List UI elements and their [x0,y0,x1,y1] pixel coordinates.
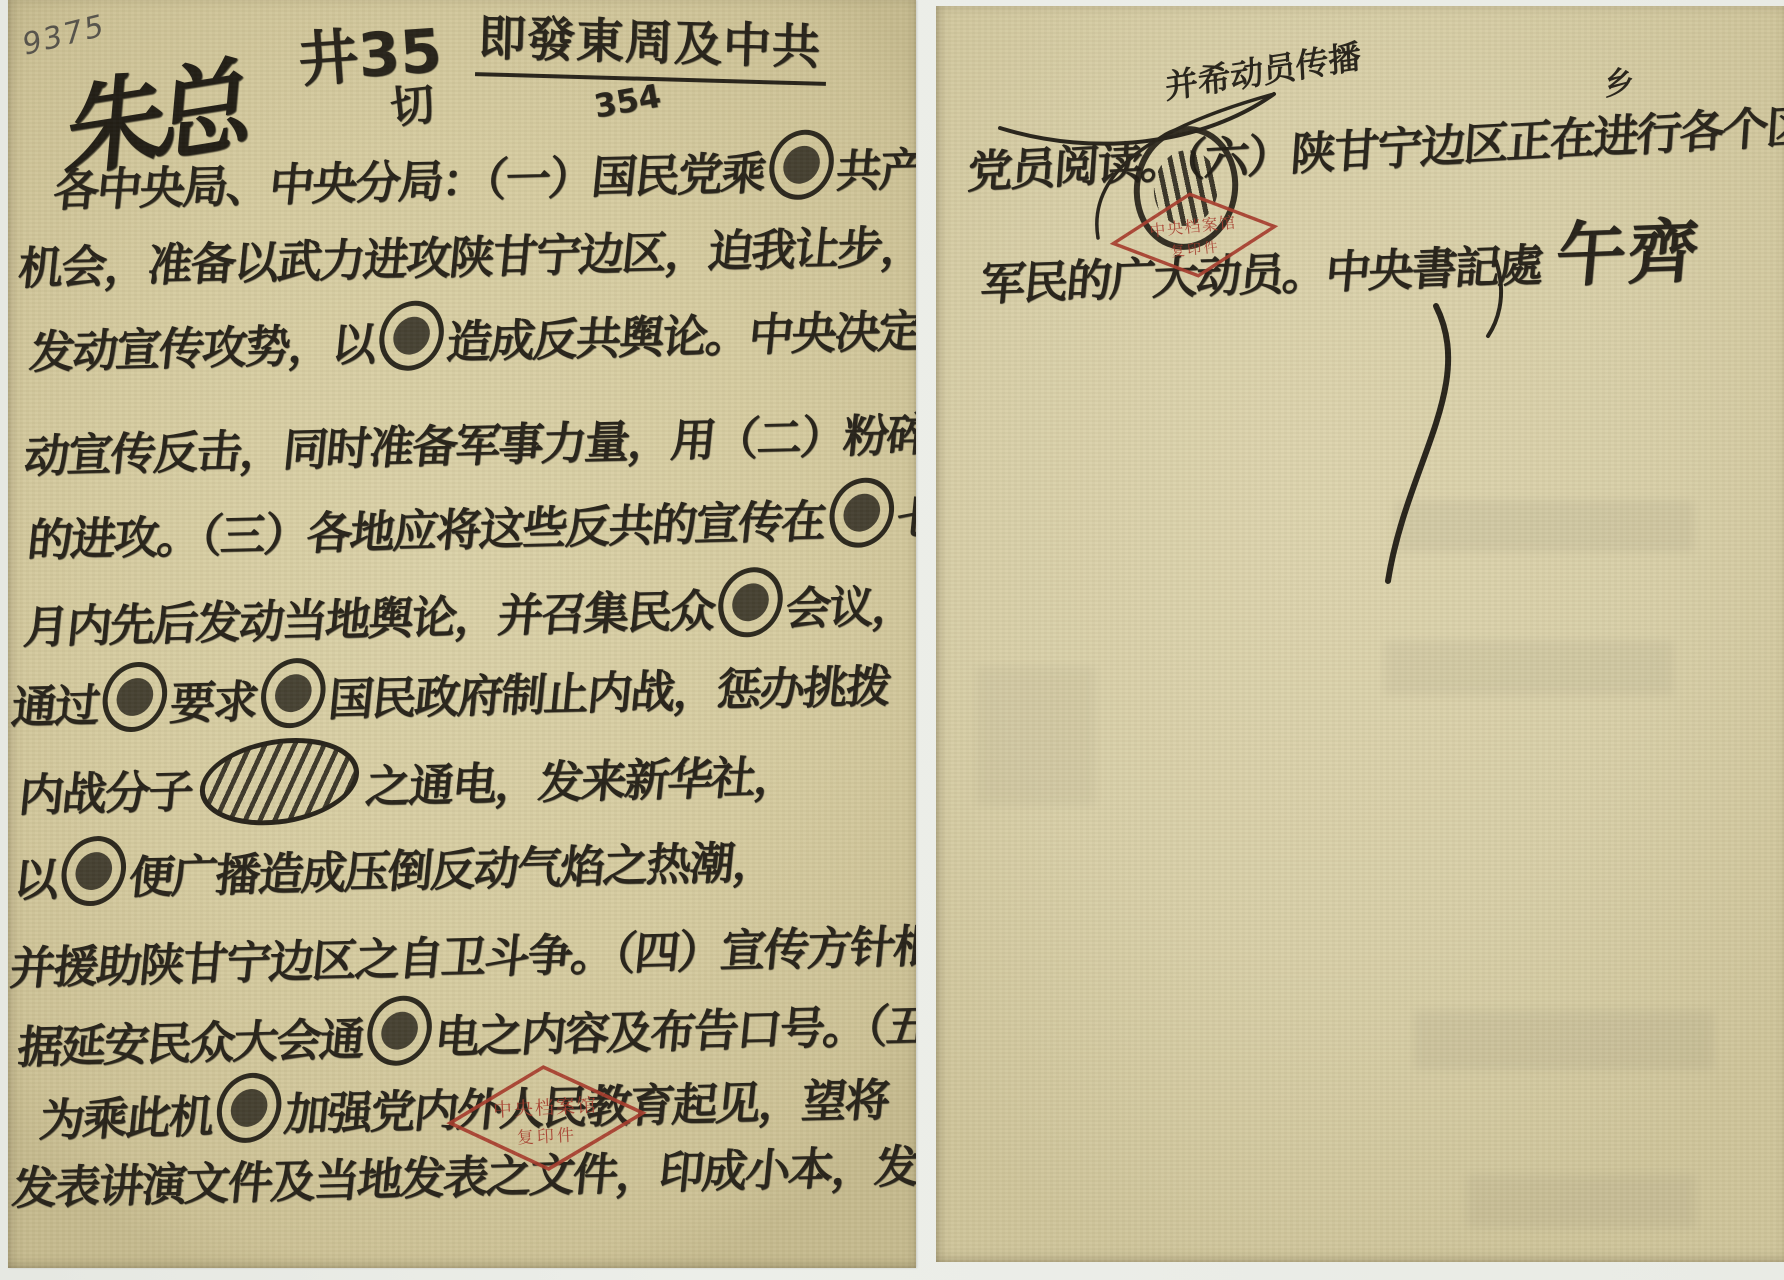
line-text: 内战分子 [16,765,194,822]
manuscript-line: 以便广播造成压倒反动气焰之热潮， [11,819,780,909]
ink-showthrough [1384,640,1674,696]
circled-deletion [376,300,447,372]
line-text: 会议， [783,579,916,635]
line-text: 造成反共舆论。中央决定发 [444,303,916,369]
manuscript-photo: 9375 朱总 井35 切 即發東周及中共 354 各中央局、中央分局：（一）国… [0,0,1784,1280]
line-text: 便广播造成压倒反动气焰之热潮， [127,835,779,904]
circled-deletion [58,835,129,907]
circled-insertion [715,567,786,639]
manuscript-line: 发动宣传攻势，以造成反共舆论。中央决定发 [27,287,916,381]
routing-note: 即發東周及中共 [475,0,828,86]
pen-flourish-strokes [936,6,1784,626]
circled-character [364,995,435,1067]
manuscript-line: 机会，准备以武力进攻陕甘宁边区，迫我让步，同时 [16,208,916,297]
line-text: 通过 [9,679,100,734]
line-text: 七 [894,492,916,546]
line-text: 的进攻。（三）各地应将这些反共的宣传在 [25,495,827,567]
circled-character [214,1072,285,1144]
line-text: 共产国际解散 [834,139,916,198]
manuscript-line: 动宣传反击，同时准备军事力量，用（二）粉碎其可能 [22,395,916,485]
line-text: 发动宣传攻势，以 [27,318,377,379]
ink-showthrough [1414,1010,1714,1070]
ink-showthrough [1466,1174,1696,1228]
line-text: 据延安民众大会通 [15,1013,365,1074]
circled-deletion [99,661,170,733]
ink-showthrough [976,666,1096,806]
left-manuscript-page: 9375 朱总 井35 切 即發東周及中共 354 各中央局、中央分局：（一）国… [8,0,916,1268]
line-text: 要求 [168,675,259,730]
line-text: 为乘此机 [37,1090,215,1147]
circled-deletion [766,129,837,201]
crossed-out-scribble [199,730,359,833]
manuscript-line: 通过要求国民政府制止内战，惩办挑拨 [9,644,893,736]
seal-text-top: 中央档案馆 [492,1094,598,1121]
manuscript-line: 的进攻。（三）各地应将这些反共的宣传在七 [25,476,916,569]
circled-deletion [826,477,897,549]
line-text: 电之内容及布告口号。（五） [432,998,916,1064]
manuscript-line: 内战分子之通电，发来新华社， [16,726,803,831]
manuscript-line: 并援助陕甘宁边区之自卫斗争。（四）宣传方针根 [8,909,916,997]
routing-number: 354 [591,76,663,125]
line-text: 之通电，发来新华社， [363,750,799,813]
seal-text-bottom: 复印件 [517,1125,578,1148]
circled-deletion [258,657,329,729]
manuscript-line: 月内先后发动当地舆论，并召集民众会议， [21,563,916,656]
right-manuscript-page: 并希动员传播 乡 党员阅读。（六）陕甘宁边区正在进行各个区乡不等的 军民的广大动… [936,6,1784,1262]
line-text: 国民政府制止内战，惩办挑拨 [326,660,892,727]
priority-mark: 切 [387,68,437,136]
line-text: 月内先后发动当地舆论，并召集民众 [21,584,716,654]
line-text: 以 [11,853,59,907]
line-text: 各中央局、中央分局：（一）国民党乘 [51,147,767,217]
archive-seal: 中央档案馆 复印件 [441,1057,652,1180]
